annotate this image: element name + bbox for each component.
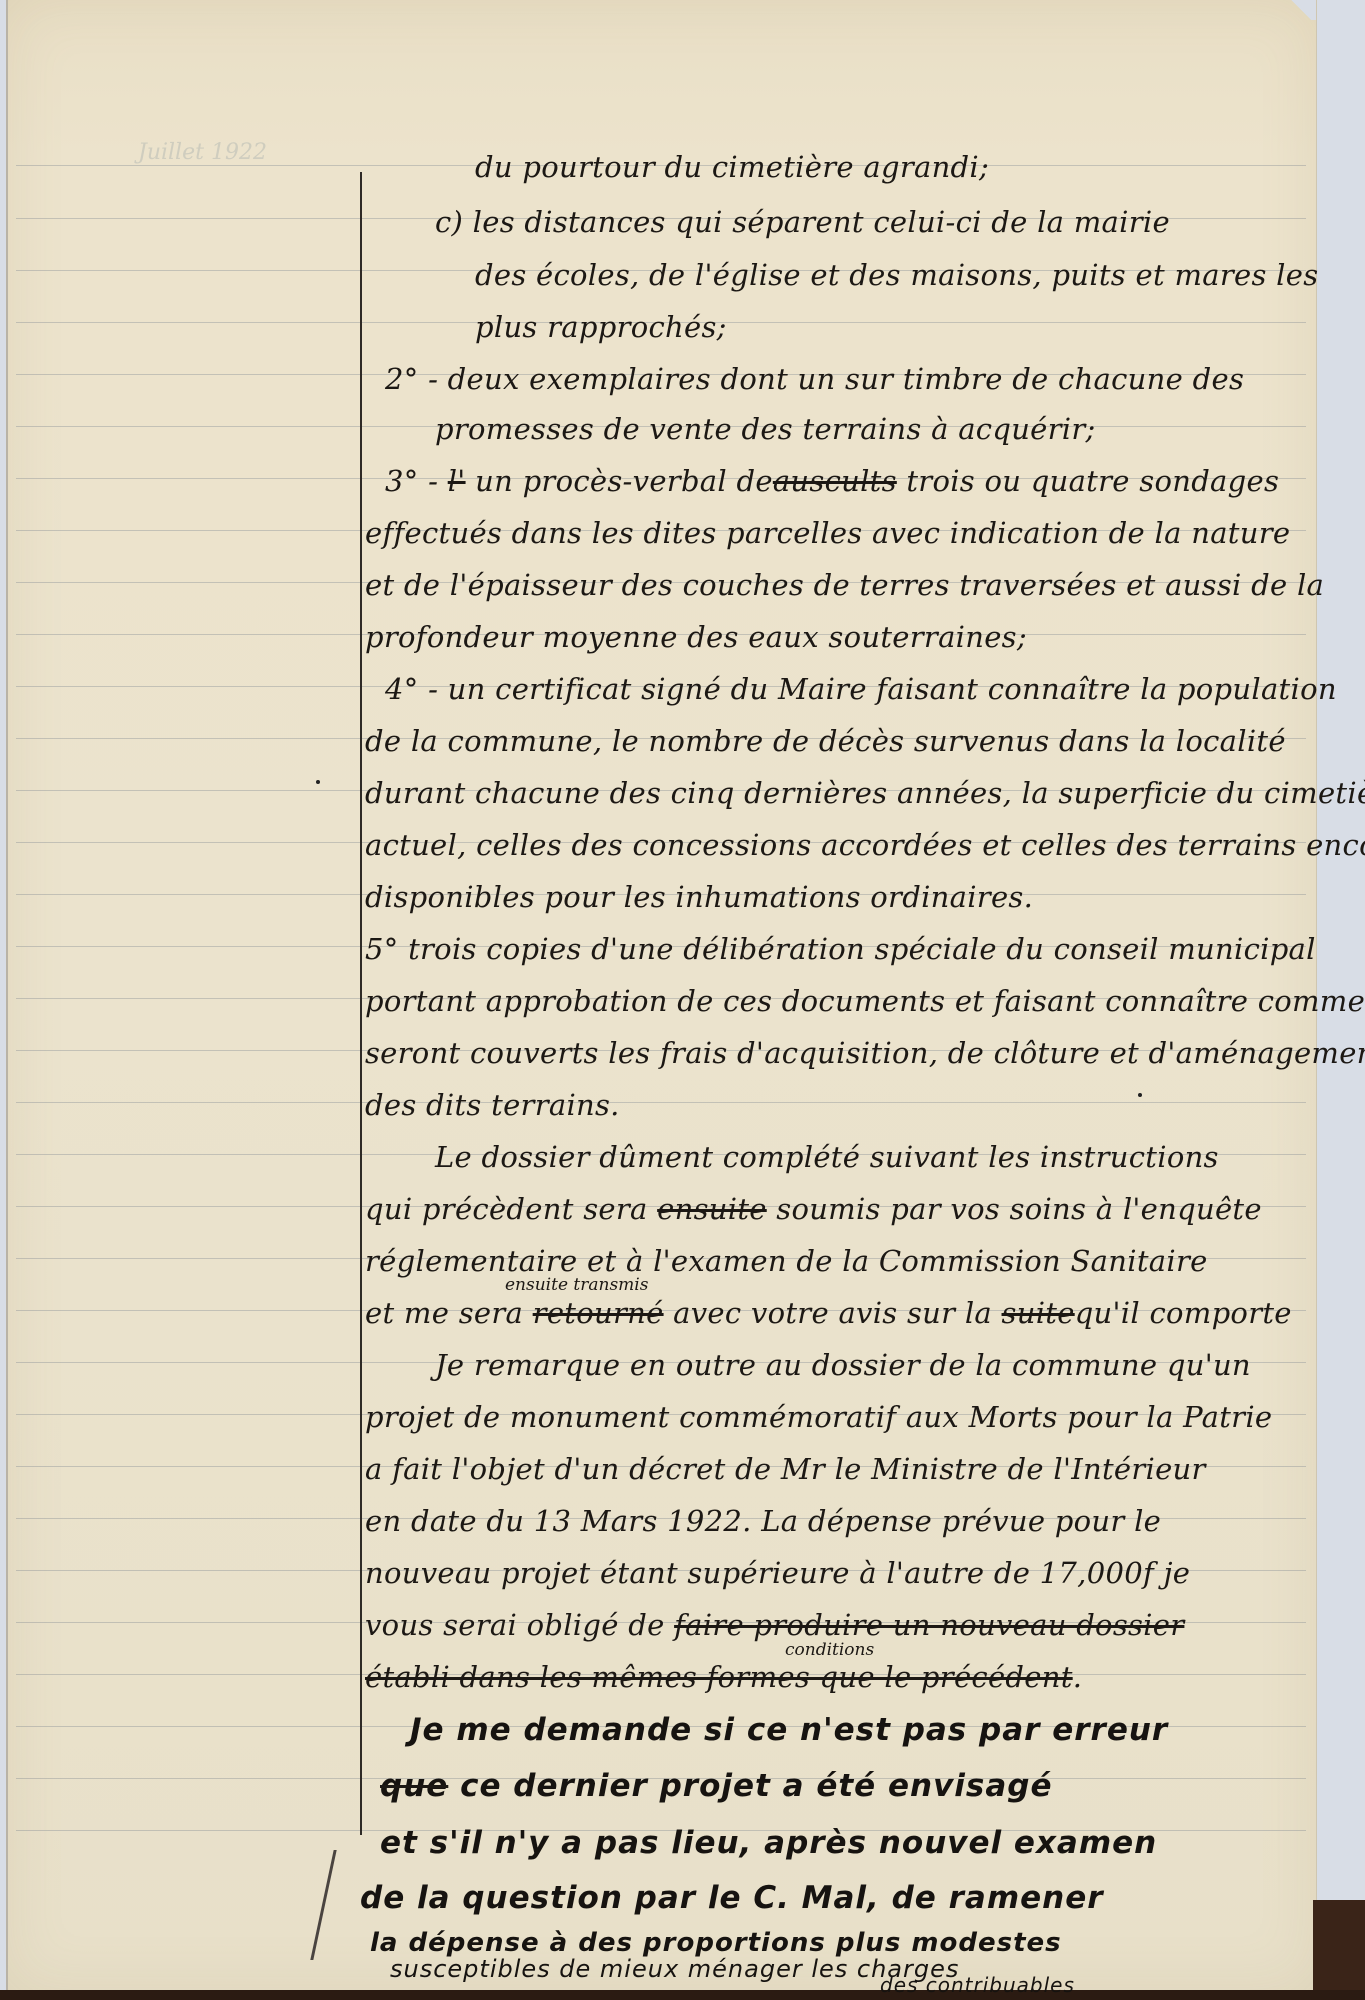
text-fragment: soumis par vos soins à l'enquête [776, 1192, 1262, 1226]
bleed-through-text: Juillet 1922 [138, 140, 267, 165]
text-fragment: avec votre avis sur la [673, 1296, 992, 1330]
text-fragment: trois ou quatre sondages [906, 464, 1279, 498]
text-line: nouveau projet étant supérieure à l'autr… [365, 1556, 1190, 1590]
text-fragment: un procès-verbal de [475, 464, 773, 498]
text-line: et de l'épaisseur des couches de terres … [365, 568, 1324, 602]
text-line: effectués dans les dites parcelles avec … [365, 516, 1290, 550]
text-line: durant chacune des cinq dernières années… [365, 776, 1365, 810]
struck-text: auscults [773, 464, 897, 498]
margin-rule [360, 172, 362, 1835]
interlinear-insertion: ensuite transmis [505, 1275, 648, 1295]
text-line-with-strike: et me sera retourné avec votre avis sur … [365, 1296, 1292, 1330]
annotation-line: la dépense à des proportions plus modest… [370, 1928, 1062, 1958]
text-line: portant approbation de ces documents et … [365, 984, 1365, 1018]
annotation-line: des contribuables [880, 1973, 1075, 1997]
annotation-line: Je me demande si ce n'est pas par erreur [410, 1712, 1168, 1748]
text-fragment: qu'il comporte [1075, 1296, 1292, 1330]
background-surface [1313, 1900, 1365, 2000]
item-number: 3° - [385, 464, 438, 498]
text-line: profondeur moyenne des eaux souterraines… [365, 620, 1027, 654]
text-line-with-strike: vous serai obligé de faire produire un n… [365, 1608, 1184, 1642]
text-line: Le dossier dûment complété suivant les i… [435, 1140, 1219, 1174]
text-line: réglementaire et à l'examen de la Commis… [365, 1244, 1208, 1278]
text-line: disponibles pour les inhumations ordinai… [365, 880, 1033, 914]
text-line: 4° - un certificat signé du Maire faisan… [385, 672, 1337, 706]
text-line: des écoles, de l'église et des maisons, … [475, 258, 1318, 292]
struck-text: faire produire un nouveau dossier [674, 1608, 1184, 1642]
text-fragment: qui précèdent sera [365, 1192, 648, 1226]
text-fragment: ce dernier projet a été envisagé [460, 1768, 1052, 1804]
text-line-with-strike: qui précèdent sera ensuite soumis par vo… [365, 1192, 1262, 1226]
text-line: a fait l'objet d'un décret de Mr le Mini… [365, 1452, 1206, 1486]
text-line-struck: établi dans les mêmes formes que le préc… [365, 1660, 1082, 1694]
text-line: projet de monument commémoratif aux Mort… [365, 1400, 1272, 1434]
annotation-line-with-strike: que ce dernier projet a été envisagé [380, 1768, 1053, 1804]
text-line: du pourtour du cimetière agrandi; [475, 150, 989, 184]
text-fragment: vous serai obligé de [365, 1608, 665, 1642]
folded-corner [1286, 0, 1316, 20]
struck-text: ensuite [657, 1192, 767, 1226]
ink-speck [1138, 1093, 1142, 1097]
text-line: des dits terrains. [365, 1088, 620, 1122]
text-line-item-3: 3° - l' un procès-verbal deauscults troi… [385, 464, 1279, 498]
annotation-line: de la question par le C. Mal, de ramener [360, 1880, 1104, 1916]
text-line: en date du 13 Mars 1922. La dépense prév… [365, 1504, 1161, 1538]
ink-speck [316, 780, 320, 784]
text-line: promesses de vente des terrains à acquér… [435, 412, 1096, 446]
text-line: Je remarque en outre au dossier de la co… [435, 1348, 1251, 1382]
struck-text: que [380, 1768, 448, 1804]
annotation-line: et s'il n'y a pas lieu, après nouvel exa… [380, 1825, 1157, 1861]
text-fragment: . [1073, 1660, 1083, 1694]
text-line: 2° - deux exemplaires dont un sur timbre… [385, 362, 1244, 396]
struck-text: suite [1002, 1296, 1075, 1330]
struck-text: établi dans les mêmes formes que le préc… [365, 1660, 1073, 1694]
text-line: plus rapprochés; [475, 310, 727, 344]
text-fragment: et me sera [365, 1296, 523, 1330]
text-line: de la commune, le nombre de décès surven… [365, 724, 1286, 758]
interlinear-insertion: conditions [785, 1640, 874, 1660]
text-line: 5° trois copies d'une délibération spéci… [365, 932, 1316, 966]
text-line: c) les distances qui séparent celui-ci d… [435, 205, 1170, 239]
struck-text: retourné [533, 1296, 664, 1330]
text-line: actuel, celles des concessions accordées… [365, 828, 1365, 862]
background-surface [0, 1990, 1365, 2000]
annotation-line: susceptibles de mieux ménager les charge… [390, 1955, 959, 1983]
text-line: seront couverts les frais d'acquisition,… [365, 1036, 1365, 1070]
ruled-line [16, 1102, 1306, 1103]
struck-text: l' [448, 464, 466, 498]
